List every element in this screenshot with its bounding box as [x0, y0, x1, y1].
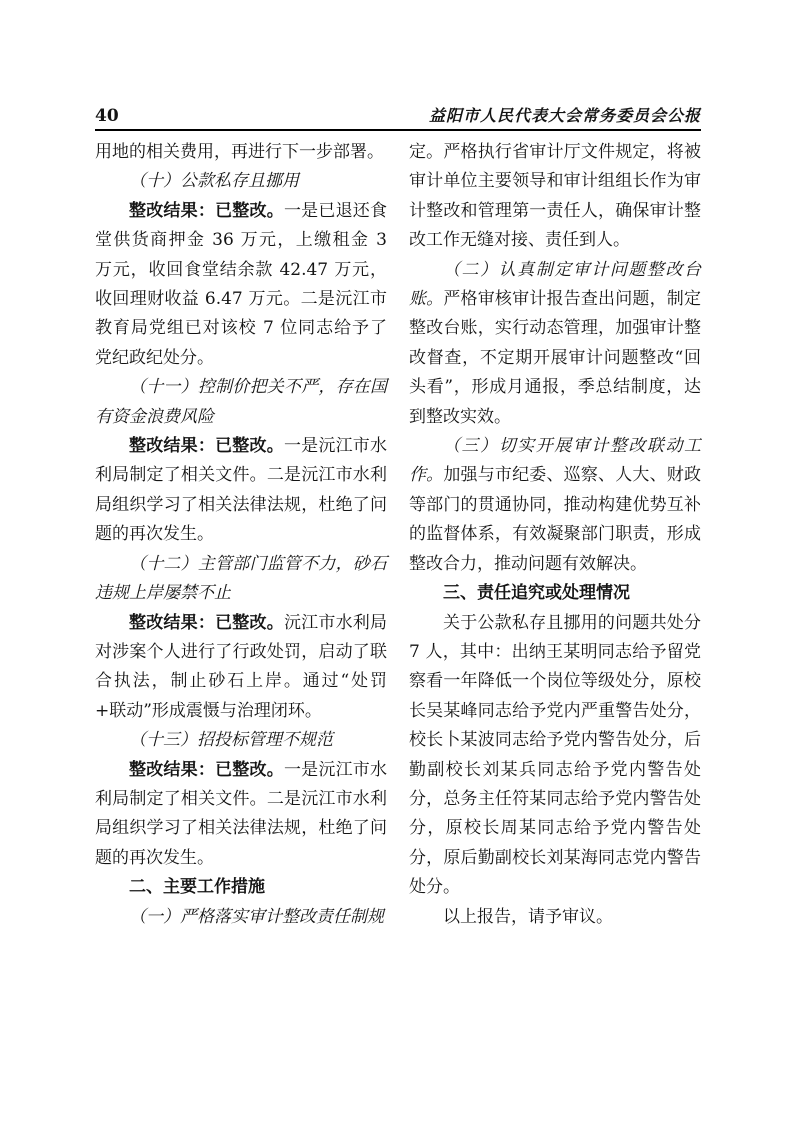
- text-segment-normal: 一是已退还食堂供货商押金 36 万元，上缴租金 3 万元，收回食堂结余款 42.…: [95, 201, 387, 368]
- paragraph: （十一）控制价把关不严，存在国有资金浪费风险: [95, 373, 387, 432]
- text-segment-kai: （十二）主管部门监管不力，砂石违规上岸屡禁不止: [95, 554, 387, 603]
- header-title: 益阳市人民代表大会常务委员会公报: [429, 106, 701, 126]
- text-segment-normal: 严格审核审计报告查出问题，制定整改台账，实行动态管理，加强审计整改督查，不定期开…: [409, 289, 701, 427]
- paragraph: 整改结果：已整改。一是已退还食堂供货商押金 36 万元，上缴租金 3 万元，收回…: [95, 197, 387, 373]
- paragraph: （一）严格落实审计整改责任制规: [95, 903, 387, 932]
- paragraph: （三）切实开展审计整改联动工作。加强与市纪委、巡察、人大、财政等部门的贯通协同，…: [409, 432, 701, 579]
- paragraph: 用地的相关费用，再进行下一步部署。: [95, 138, 387, 167]
- text-segment-kai: （一）严格落实审计整改责任制规: [129, 907, 384, 927]
- text-segment-bold: 整改结果：已整改。: [129, 436, 284, 456]
- text-segment-heading: 三、责任追究或处理情况: [443, 583, 630, 603]
- paragraph: 整改结果：已整改。一是沅江市水利局制定了相关文件。二是沅江市水利局组织学习了相关…: [95, 756, 387, 874]
- text-segment-normal: 用地的相关费用，再进行下一步部署。: [95, 142, 384, 162]
- section-heading: 三、责任追究或处理情况: [409, 579, 701, 608]
- document-page: 40 益阳市人民代表大会常务委员会公报 用地的相关费用，再进行下一步部署。（十）…: [0, 0, 794, 1122]
- header-divider: [95, 129, 701, 131]
- text-segment-normal: 关于公款私存且挪用的问题共处分 7 人，其中：出纳王某明同志给予留党察看一年降低…: [409, 613, 701, 898]
- paragraph: 整改结果：已整改。沅江市水利局对涉案个人进行了行政处罚，启动了联合执法，制止砂石…: [95, 609, 387, 727]
- body-columns: 用地的相关费用，再进行下一步部署。（十）公款私存且挪用整改结果：已整改。一是已退…: [95, 138, 701, 932]
- paragraph: 整改结果：已整改。一是沅江市水利局制定了相关文件。二是沅江市水利局组织学习了相关…: [95, 432, 387, 550]
- page-number: 40: [95, 106, 119, 126]
- paragraph: （十二）主管部门监管不力，砂石违规上岸屡禁不止: [95, 550, 387, 609]
- text-segment-heading: 二、主要工作措施: [129, 877, 265, 897]
- section-heading: 二、主要工作措施: [95, 873, 387, 902]
- text-segment-normal: 定。严格执行省审计厅文件规定，将被审计单位主要领导和审计组组长作为审计整改和管理…: [409, 142, 701, 250]
- text-segment-bold: 整改结果：已整改。: [129, 760, 284, 780]
- paragraph: （二）认真制定审计问题整改台账。严格审核审计报告查出问题，制定整改台账，实行动态…: [409, 256, 701, 432]
- paragraph: （十三）招投标管理不规范: [95, 726, 387, 755]
- paragraph: 定。严格执行省审计厅文件规定，将被审计单位主要领导和审计组组长作为审计整改和管理…: [409, 138, 701, 256]
- paragraph: 以上报告，请予审议。: [409, 903, 701, 932]
- text-segment-kai: （十一）控制价把关不严，存在国有资金浪费风险: [95, 377, 387, 426]
- paragraph: 关于公款私存且挪用的问题共处分 7 人，其中：出纳王某明同志给予留党察看一年降低…: [409, 609, 701, 903]
- page-header: 40 益阳市人民代表大会常务委员会公报: [95, 106, 701, 129]
- text-segment-normal: 加强与市纪委、巡察、人大、财政等部门的贯通协同，推动构建优势互补的监督体系，有效…: [409, 465, 701, 573]
- text-segment-kai: （十三）招投标管理不规范: [129, 730, 333, 750]
- right-column: 定。严格执行省审计厅文件规定，将被审计单位主要领导和审计组组长作为审计整改和管理…: [409, 138, 701, 932]
- text-segment-bold: 整改结果：已整改。: [129, 201, 284, 221]
- paragraph: （十）公款私存且挪用: [95, 167, 387, 196]
- text-segment-bold: 整改结果：已整改。: [129, 613, 284, 633]
- left-column: 用地的相关费用，再进行下一步部署。（十）公款私存且挪用整改结果：已整改。一是已退…: [95, 138, 387, 932]
- page-content: 40 益阳市人民代表大会常务委员会公报 用地的相关费用，再进行下一步部署。（十）…: [95, 106, 701, 932]
- text-segment-normal: 以上报告，请予审议。: [443, 907, 613, 927]
- text-segment-kai: （十）公款私存且挪用: [129, 171, 299, 191]
